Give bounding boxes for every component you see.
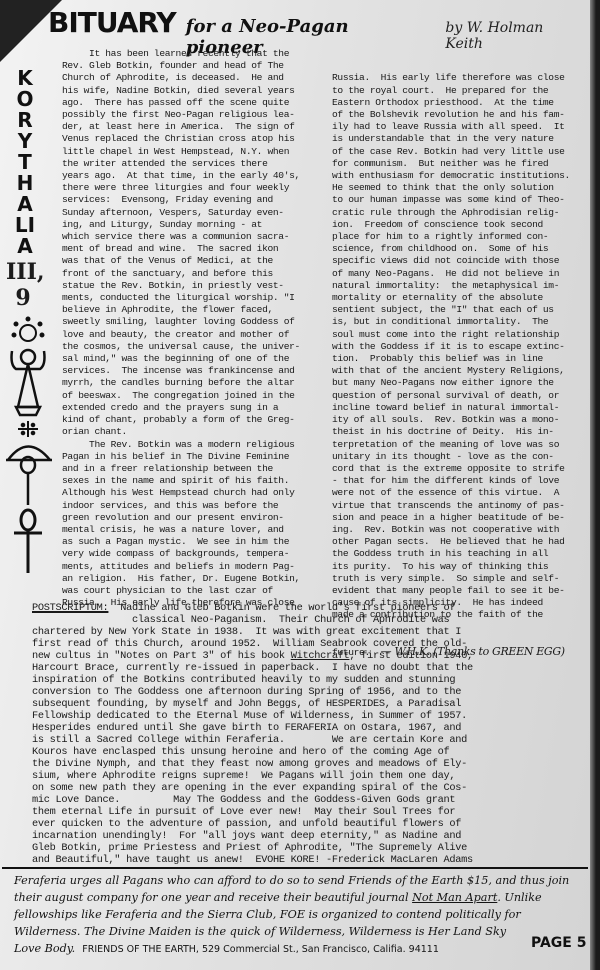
article-line: tion. Probably this belief was in line bbox=[332, 353, 580, 365]
page-title: BITUARY bbox=[48, 6, 176, 39]
article-line: but many Neo-Pagans now either ignore th… bbox=[332, 377, 580, 389]
article-line: sion and peace in a higher beatitude of … bbox=[332, 512, 580, 524]
issue-number: III, 9 bbox=[6, 259, 40, 311]
article-line: question of personal survival of death, … bbox=[332, 390, 580, 402]
article-line: services. The incense was frankincense a… bbox=[62, 365, 312, 377]
article-line: there were three liturgies and four week… bbox=[62, 182, 312, 194]
sun-icon bbox=[13, 318, 44, 342]
article-line: Eastern Orthodox priesthood. At the time bbox=[332, 97, 580, 109]
article-line: Church of Aphrodite, is deceased. He and bbox=[62, 72, 312, 84]
article-line: of many Neo-Pagans. He did not believe i… bbox=[332, 268, 580, 280]
article-line: ments, conducted the liturgical worship.… bbox=[62, 292, 312, 304]
article-line: The Rev. Botkin was a modern religious bbox=[62, 439, 312, 451]
article-line: Sunday afternoon, Vespers, Saturday even… bbox=[62, 207, 312, 219]
article-line: of the Bolshevik revolution he and his f… bbox=[332, 109, 580, 121]
article-line: It has been learned recently that the bbox=[62, 48, 312, 60]
article-line: with enthusiasm for democratic instituti… bbox=[332, 170, 580, 182]
page-number: PAGE 5 bbox=[531, 935, 586, 951]
article-line: love and beauty, the creator and mother … bbox=[62, 329, 312, 341]
article-line: the cosmos, the universal cause, the uni… bbox=[62, 341, 312, 353]
article-line: kind of chant, probably a form of the Gr… bbox=[62, 414, 312, 426]
article-line: theist in his doctrine of Deity. His in- bbox=[332, 426, 580, 438]
article-line: truth is very simple. So simple and self… bbox=[332, 573, 580, 585]
article-line: ing, and Liturgy, Sunday morning - at bbox=[62, 219, 312, 231]
article-line: incline toward belief in natural immorta… bbox=[332, 402, 580, 414]
article-line: is, but in conditional immortality. The bbox=[332, 316, 580, 328]
article-line: other Pagan sects. He believed that he h… bbox=[332, 536, 580, 548]
postscript-section: POSTSCRIPTUM: Nadine and Gleb Botkin wer… bbox=[32, 602, 580, 866]
article-line: front of the sanctuary, and before this bbox=[62, 268, 312, 280]
article-line: ago. There has passed off the scene quit… bbox=[62, 97, 312, 109]
article-line: evident that many people fail to see it … bbox=[332, 585, 580, 597]
article-line: were not of the essence of this virtue. … bbox=[332, 487, 580, 499]
vertical-journal-title: KORYTHALIA bbox=[12, 68, 38, 257]
article-line: - that for him the different kinds of lo… bbox=[332, 475, 580, 487]
star-cross-icon bbox=[18, 421, 38, 437]
article-line: natural immortality: the metaphysical im… bbox=[332, 280, 580, 292]
article-line: Russia. His early life therefore was clo… bbox=[332, 72, 580, 84]
goddess-figure-icon bbox=[12, 350, 45, 415]
article-line: ion. Freedom of conscience took second bbox=[332, 219, 580, 231]
article-line: with that of the ancient Mystery Religio… bbox=[332, 365, 580, 377]
article-line: specific views did not coincide with tho… bbox=[332, 255, 580, 267]
masthead-sidebar: KORYTHALIA III, 9 bbox=[6, 68, 56, 598]
article-line: mortality or eternality of the absolute bbox=[332, 292, 580, 304]
article-line: sentient subject, the "I" that each of u… bbox=[332, 304, 580, 316]
article-line: green revolution and our present environ… bbox=[62, 512, 312, 524]
article-line: Venus replaced the Christian cross atop … bbox=[62, 133, 312, 145]
article-column-right: Russia. His early life therefore was clo… bbox=[332, 48, 580, 684]
article-line: to our human impasse was some kind of Th… bbox=[332, 194, 580, 206]
article-line: soul must come into the right relationsh… bbox=[332, 329, 580, 341]
article-line: science, from childhood on. Some of his bbox=[332, 243, 580, 255]
article-line: was court physician to the last czar of bbox=[62, 585, 312, 597]
article-line: its purity. To his way of thinking this bbox=[332, 561, 580, 573]
article-line: the writer attended the services there bbox=[62, 158, 312, 170]
article-line: to the royal court. He prepared for the bbox=[332, 85, 580, 97]
footer-divider bbox=[2, 867, 588, 869]
article-line: of the case Rev. Botkin had very little … bbox=[332, 146, 580, 158]
article-line: years ago. At that time, in the early 40… bbox=[62, 170, 312, 182]
article-line: ments, attitudes and beliefs in modern P… bbox=[62, 561, 312, 573]
article-line: Rev. Gleb Botkin, founder and head of Th… bbox=[62, 60, 312, 72]
article-line: an religion. His father, Dr. Eugene Botk… bbox=[62, 573, 312, 585]
article-line: believe in Aphrodite, the flower faced, bbox=[62, 304, 312, 316]
article-line: ity of all souls. Rev. Botkin was a mono… bbox=[332, 414, 580, 426]
footer-notice: Feraferia urges all Pagans who can affor… bbox=[14, 872, 579, 958]
article-line: little chapel in West Hempstead, N.Y. wh… bbox=[62, 146, 312, 158]
page-edge-shadow bbox=[590, 0, 600, 970]
article-line: possibly the first Neo-Pagan religious l… bbox=[62, 109, 312, 121]
article-line: was that of the Venus of Medici, at the bbox=[62, 255, 312, 267]
article-line: terpretation of the meaning of love was … bbox=[332, 439, 580, 451]
article-line: der, at least here in America. The sign … bbox=[62, 121, 312, 133]
article-line: ing. Rev. Botkin was not cooperative wit… bbox=[332, 524, 580, 536]
article-line: services: Evensong, Friday evening and bbox=[62, 194, 312, 206]
article-line: ment of bread and wine. The sacred ikon bbox=[62, 243, 312, 255]
article-line: sweetly smiling, laughter loving Goddess… bbox=[62, 316, 312, 328]
article-line: is understandable that in the very natur… bbox=[332, 133, 580, 145]
newsletter-page: BITUARY for a Neo-Pagan pioneer by W. Ho… bbox=[0, 0, 590, 970]
book-title: Witchcraft bbox=[291, 650, 350, 662]
article-line: indoor services, and this was before the bbox=[62, 500, 312, 512]
journal-title: Not Man Apart bbox=[412, 891, 497, 904]
article-line: as such a Pagan mystic. We see in him th… bbox=[62, 536, 312, 548]
article-line: sexes in the name and spirit of his fait… bbox=[62, 475, 312, 487]
article-line: virtue that transcends the antinomy of p… bbox=[332, 500, 580, 512]
article-line: and in a freer relationship between the bbox=[62, 463, 312, 475]
article-line: Although his West Hempstead church had o… bbox=[62, 487, 312, 499]
article-column-left: It has been learned recently that theRev… bbox=[62, 48, 312, 609]
eye-arch-icon bbox=[6, 447, 52, 506]
article-line: unitary in its thought - love as the con… bbox=[332, 451, 580, 463]
article-line: extended credo and the prayers sung in a bbox=[62, 402, 312, 414]
article-line: cord that is the extreme opposite to str… bbox=[332, 463, 580, 475]
article-line: the Goddess truth in his teaching in all bbox=[332, 548, 580, 560]
ankh-icon bbox=[14, 510, 42, 573]
article-line: very wide compass of backgrounds, temper… bbox=[62, 548, 312, 560]
article-line: statue the Rev. Botkin, in priestly vest… bbox=[62, 280, 312, 292]
article-line: mental crisis, he was a nature lover, an… bbox=[62, 524, 312, 536]
article-line: for communism. But neither was he fired bbox=[332, 158, 580, 170]
article-line: his wife, Nadine Botkin, died several ye… bbox=[62, 85, 312, 97]
article-line: He seemed to think that the only solutio… bbox=[332, 182, 580, 194]
article-line: with the Goddess if it is to escape exti… bbox=[332, 341, 580, 353]
article-line: of beeswax. The congregation joined in t… bbox=[62, 390, 312, 402]
article-line: ily had to leave Russia with all speed. … bbox=[332, 121, 580, 133]
article-line: cratic rule through the Aphrodisian reli… bbox=[332, 207, 580, 219]
article-line: sal mind," was the beginning of one of t… bbox=[62, 353, 312, 365]
article-line: which service there was a communion sacr… bbox=[62, 231, 312, 243]
article-line: myrrh, the candles burning before the al… bbox=[62, 377, 312, 389]
article-line: orian chant. bbox=[62, 426, 312, 438]
postscript-label: POSTSCRIPTUM: bbox=[32, 602, 108, 614]
article-header: BITUARY for a Neo-Pagan pioneer by W. Ho… bbox=[48, 6, 568, 42]
article-line: Pagan in his belief in The Divine Femini… bbox=[62, 451, 312, 463]
article-line: place for him to a rightly informed con- bbox=[332, 231, 580, 243]
sacred-symbols bbox=[6, 315, 56, 575]
foe-address: FRIENDS OF THE EARTH, 529 Commercial St.… bbox=[82, 944, 439, 955]
